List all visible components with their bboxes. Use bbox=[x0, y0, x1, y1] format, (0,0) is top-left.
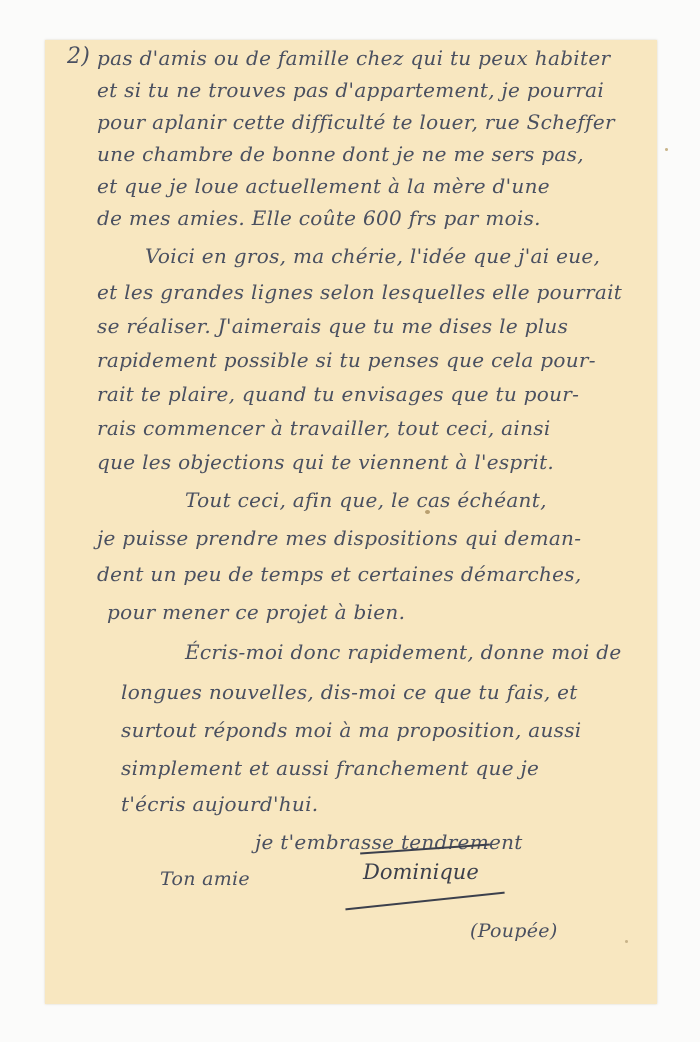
letter-line: pour aplanir cette difficulté te louer, … bbox=[97, 110, 615, 134]
letter-line: rapidement possible si tu penses que cel… bbox=[97, 348, 596, 372]
letter-line: et les grandes lignes selon lesquelles e… bbox=[97, 280, 622, 304]
signature-underline bbox=[345, 892, 504, 910]
page-number-marker: 2) bbox=[67, 44, 90, 69]
letter-line: de mes amies. Elle coûte 600 frs par moi… bbox=[97, 206, 541, 230]
letter-line: je puisse prendre mes dispositions qui d… bbox=[97, 526, 581, 550]
letter-line: Tout ceci, afin que, le cas échéant, bbox=[185, 488, 547, 512]
letter-sheet: 2) pas d'amis ou de famille chez qui tu … bbox=[45, 40, 657, 1004]
letter-line: t'écris aujourd'hui. bbox=[121, 792, 318, 816]
letter-line: rais commencer à travailler, tout ceci, … bbox=[97, 416, 551, 440]
signature: Dominique bbox=[363, 860, 479, 884]
sign-off: Ton amie bbox=[160, 868, 250, 890]
letter-line: pour mener ce projet à bien. bbox=[107, 600, 405, 624]
letter-line: surtout réponds moi à ma proposition, au… bbox=[121, 718, 582, 742]
letter-line: se réaliser. J'aimerais que tu me dises … bbox=[97, 314, 568, 338]
scan-background: 2) pas d'amis ou de famille chez qui tu … bbox=[0, 0, 700, 1042]
letter-line: et si tu ne trouves pas d'appartement, j… bbox=[97, 78, 604, 102]
letter-line: dent un peu de temps et certaines démarc… bbox=[97, 562, 582, 586]
letter-line: longues nouvelles, dis-moi ce que tu fai… bbox=[121, 680, 578, 704]
letter-line: simplement et aussi franchement que je bbox=[121, 756, 539, 780]
paper-blemish bbox=[425, 510, 430, 514]
letter-line: Voici en gros, ma chérie, l'idée que j'a… bbox=[145, 244, 600, 268]
letter-line: rait te plaire, quand tu envisages que t… bbox=[97, 382, 579, 406]
letter-line: pas d'amis ou de famille chez qui tu peu… bbox=[97, 46, 610, 70]
letter-line: Écris-moi donc rapidement, donne moi de bbox=[185, 640, 621, 664]
letter-line: et que je loue actuellement à la mère d'… bbox=[97, 174, 550, 198]
paper-blemish bbox=[665, 148, 668, 151]
letter-line: que les objections qui te viennent à l'e… bbox=[97, 450, 554, 474]
paper-blemish bbox=[625, 940, 628, 943]
nickname: (Poupée) bbox=[470, 920, 558, 942]
letter-line: une chambre de bonne dont je ne me sers … bbox=[97, 142, 584, 166]
